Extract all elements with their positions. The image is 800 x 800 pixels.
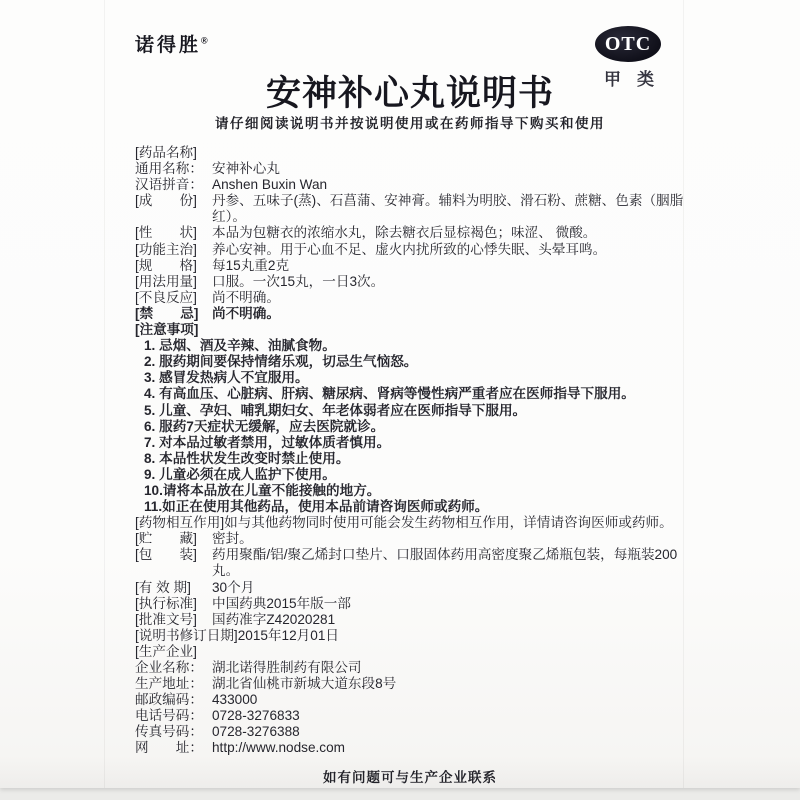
brand-name: 诺得胜 (135, 35, 201, 56)
info-row: 汉语拼音： Anshen Buxin Wan (135, 177, 697, 193)
notice-item: 9. 儿童必须在成人监护下使用。 (135, 467, 697, 483)
info-value: 2015年12月01日 (238, 628, 697, 644)
info-value: 每15丸重2克 (212, 258, 697, 274)
info-row: 传真号码： 0728-3276388 (135, 724, 697, 740)
brand-logo: 诺得胜® (135, 30, 208, 57)
info-row: 网 址： http://www.nodse.com (135, 740, 697, 756)
info-row: [批准文号] 国药准字Z42020281 (135, 612, 697, 628)
leaflet-body: [药品名称] 通用名称： 安神补心丸 汉语拼音： Anshen Buxin Wa… (135, 145, 697, 757)
info-label: [批准文号] (135, 612, 212, 628)
otc-label: OTC (595, 26, 661, 62)
info-label: 传真号码： (135, 724, 212, 740)
notice-item: 7. 对本品过敏者禁用，过敏体质者慎用。 (135, 435, 697, 451)
info-row: [生产企业] (135, 644, 697, 660)
page-subtitle: 请仔细阅读说明书并按说明使用或在药师指导下购买和使用 (120, 112, 700, 132)
info-label: [功能主治] (135, 242, 212, 258)
notice-item: 4. 有高血压、心脏病、肝病、糖尿病、肾病等慢性病严重者应在医师指导下服用。 (135, 386, 697, 402)
info-row: 通用名称： 安神补心丸 (135, 161, 697, 177)
info-value: 湖北省仙桃市新城大道东段8号 (212, 676, 697, 692)
info-row: 企业名称： 湖北诺得胜制药有限公司 (135, 660, 697, 676)
info-value: 0728-3276833 (212, 708, 697, 724)
info-row: [性 状] 本品为包糖衣的浓缩水丸，除去糖衣后显棕褐色；味涩、 微酸。 (135, 225, 697, 241)
info-label: [成 份] (135, 193, 212, 209)
info-value: 433000 (212, 692, 697, 708)
notice-item: 8. 本品性状发生改变时禁止使用。 (135, 451, 697, 467)
info-row: 邮政编码： 433000 (135, 692, 697, 708)
info-row: [不良反应] 尚不明确。 (135, 290, 697, 306)
info-label: [用法用量] (135, 274, 212, 290)
info-value: 养心安神。用于心血不足、虚火内扰所致的心悸失眠、头晕耳鸣。 (212, 242, 697, 258)
info-label: [性 状] (135, 225, 212, 241)
info-row: [规 格] 每15丸重2克 (135, 258, 697, 274)
info-row: [执行标准] 中国药典2015年版一部 (135, 596, 697, 612)
info-row: [注意事项] (135, 322, 697, 338)
notice-item: 2. 服药期间要保持情绪乐观，切忌生气恼怒。 (135, 354, 697, 370)
info-label: [生产企业] (135, 644, 212, 660)
info-label: [注意事项] (135, 322, 212, 338)
info-row: [药物相互作用] 如与其他药物同时使用可能会发生药物相互作用，详情请咨询医师或药… (135, 515, 697, 531)
info-row: 生产地址： 湖北省仙桃市新城大道东段8号 (135, 676, 697, 692)
info-row: [说明书修订日期] 2015年12月01日 (135, 628, 697, 644)
info-label: 企业名称： (135, 660, 212, 676)
info-value: 30个月 (212, 580, 697, 596)
notice-item: 5. 儿童、孕妇、哺乳期妇女、年老体弱者应在医师指导下服用。 (135, 403, 697, 419)
info-label: [药品名称] (135, 145, 212, 161)
info-value: http://www.nodse.com (212, 740, 697, 756)
info-value: 尚不明确。 (212, 306, 697, 322)
notice-item: 3. 感冒发热病人不宜服用。 (135, 370, 697, 386)
info-label: [执行标准] (135, 596, 212, 612)
info-label: 汉语拼音： (135, 177, 212, 193)
info-label: [不良反应] (135, 290, 212, 306)
leaflet-paper: 诺得胜® OTC 甲类 安神补心丸说明书 请仔细阅读说明书并按说明使用或在药师指… (0, 0, 800, 788)
info-label: [说明书修订日期] (135, 628, 238, 644)
info-label: [药物相互作用] (135, 515, 224, 531)
notice-item: 6. 服药7天症状无缓解，应去医院就诊。 (135, 419, 697, 435)
info-value: 尚不明确。 (212, 290, 697, 306)
info-row: [贮 藏] 密封。 (135, 531, 697, 547)
info-label: 通用名称： (135, 161, 212, 177)
info-label: [贮 藏] (135, 531, 212, 547)
info-label: 邮政编码： (135, 692, 212, 708)
notice-item: 11.如正在使用其他药品，使用本品前请咨询医师或药师。 (135, 499, 697, 515)
info-value: 国药准字Z42020281 (212, 612, 697, 628)
paper-crease-left (104, 0, 105, 788)
registered-trademark-icon: ® (201, 36, 208, 46)
info-row: [有 效 期] 30个月 (135, 580, 697, 596)
info-label: [禁 忌] (135, 306, 212, 322)
info-row: 电话号码： 0728-3276833 (135, 708, 697, 724)
info-value: 中国药典2015年版一部 (212, 596, 697, 612)
info-value: 本品为包糖衣的浓缩水丸，除去糖衣后显棕褐色；味涩、 微酸。 (212, 225, 697, 241)
info-label: 生产地址： (135, 676, 212, 692)
info-row: [包 装] 药用聚酯/铝/聚乙烯封口垫片、口服固体药用高密度聚乙烯瓶包装，每瓶装… (135, 547, 697, 579)
info-value: 安神补心丸 (212, 161, 697, 177)
info-value: 丹参、五味子(蒸)、石菖蒲、安神膏。辅料为明胶、滑石粉、蔗糖、色素（胭脂红）。 (212, 193, 697, 225)
info-row: [功能主治] 养心安神。用于心血不足、虚火内扰所致的心悸失眠、头晕耳鸣。 (135, 242, 697, 258)
info-label: [规 格] (135, 258, 212, 274)
info-label: 网 址： (135, 740, 212, 756)
page-title: 安神补心丸说明书 (120, 66, 700, 116)
info-value: 密封。 (212, 531, 697, 547)
info-label: [包 装] (135, 547, 212, 563)
info-row: [用法用量] 口服。一次15丸，一日3次。 (135, 274, 697, 290)
info-value: 药用聚酯/铝/聚乙烯封口垫片、口服固体药用高密度聚乙烯瓶包装，每瓶装200丸。 (212, 547, 697, 579)
info-label: [有 效 期] (135, 580, 212, 596)
info-value: 口服。一次15丸，一日3次。 (212, 274, 697, 290)
footer-note: 如有问题可与生产企业联系 (120, 766, 700, 786)
info-value: 湖北诺得胜制药有限公司 (212, 660, 697, 676)
info-label: 电话号码： (135, 708, 212, 724)
info-value: Anshen Buxin Wan (212, 177, 697, 193)
info-value: 如与其他药物同时使用可能会发生药物相互作用，详情请咨询医师或药师。 (224, 515, 697, 531)
notice-item: 10.请将本品放在儿童不能接触的地方。 (135, 483, 697, 499)
info-value: 0728-3276388 (212, 724, 697, 740)
info-row: [药品名称] (135, 145, 697, 161)
info-row: [成 份] 丹参、五味子(蒸)、石菖蒲、安神膏。辅料为明胶、滑石粉、蔗糖、色素（… (135, 193, 697, 225)
notice-item: 1. 忌烟、酒及辛辣、油腻食物。 (135, 338, 697, 354)
info-row: [禁 忌] 尚不明确。 (135, 306, 697, 322)
